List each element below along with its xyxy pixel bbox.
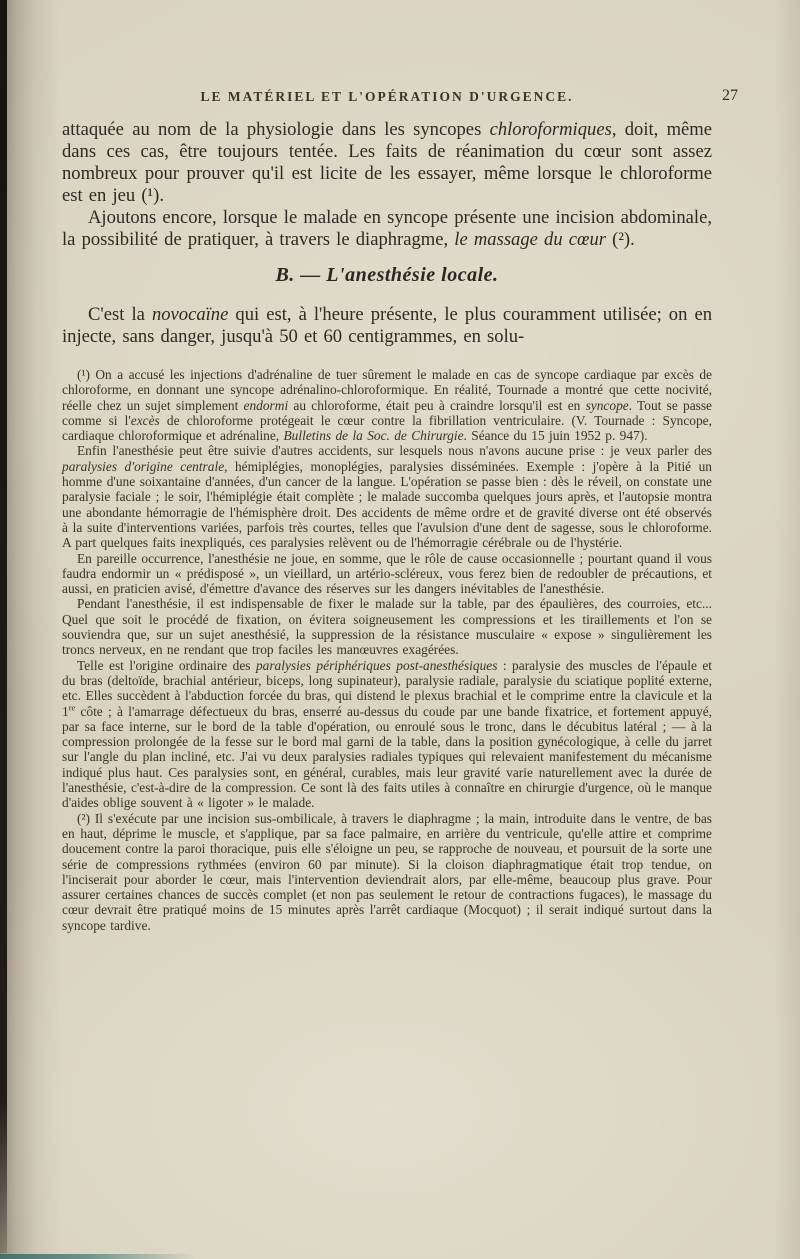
- running-title: LE MATÉRIEL ET L'OPÉRATION D'URGENCE.: [201, 89, 574, 104]
- footnote-1-paragraph-3: En pareille occurrence, l'anesthésie ne …: [62, 551, 712, 597]
- footnote-1-paragraph-1: (¹) On a accusé les injections d'adrénal…: [62, 367, 712, 443]
- footnote-1-paragraph-4: Pendant l'anesthésie, il est indispensab…: [62, 596, 712, 657]
- footnotes-block: (¹) On a accusé les injections d'adrénal…: [62, 367, 712, 933]
- book-page-scan: LE MATÉRIEL ET L'OPÉRATION D'URGENCE. 27…: [0, 0, 800, 1259]
- footnote-1-paragraph-5: Telle est l'origine ordinaire des paraly…: [62, 658, 712, 811]
- running-head: LE MATÉRIEL ET L'OPÉRATION D'URGENCE. 27: [62, 88, 712, 105]
- footnote-1-paragraph-2: Enfin l'anesthésie peut être suivie d'au…: [62, 443, 712, 550]
- paragraph-novocaine: C'est la novocaïne qui est, à l'heure pr…: [62, 304, 712, 348]
- footnote-2-paragraph-1: (²) Il s'exécute par une incision sus-om…: [62, 811, 712, 933]
- page-content: LE MATÉRIEL ET L'OPÉRATION D'URGENCE. 27…: [62, 88, 712, 933]
- left-binding-edge: [0, 0, 7, 1253]
- page-number: 27: [722, 87, 738, 105]
- bottom-scan-artifact: [0, 1254, 195, 1259]
- paragraph-syncope-continuation: attaquée au nom de la physiologie dans l…: [62, 119, 712, 207]
- paragraph-massage-du-coeur: Ajoutons encore, lorsque le malade en sy…: [62, 207, 712, 251]
- section-heading-anesthesie-locale: B. — L'anesthésie locale.: [62, 264, 712, 287]
